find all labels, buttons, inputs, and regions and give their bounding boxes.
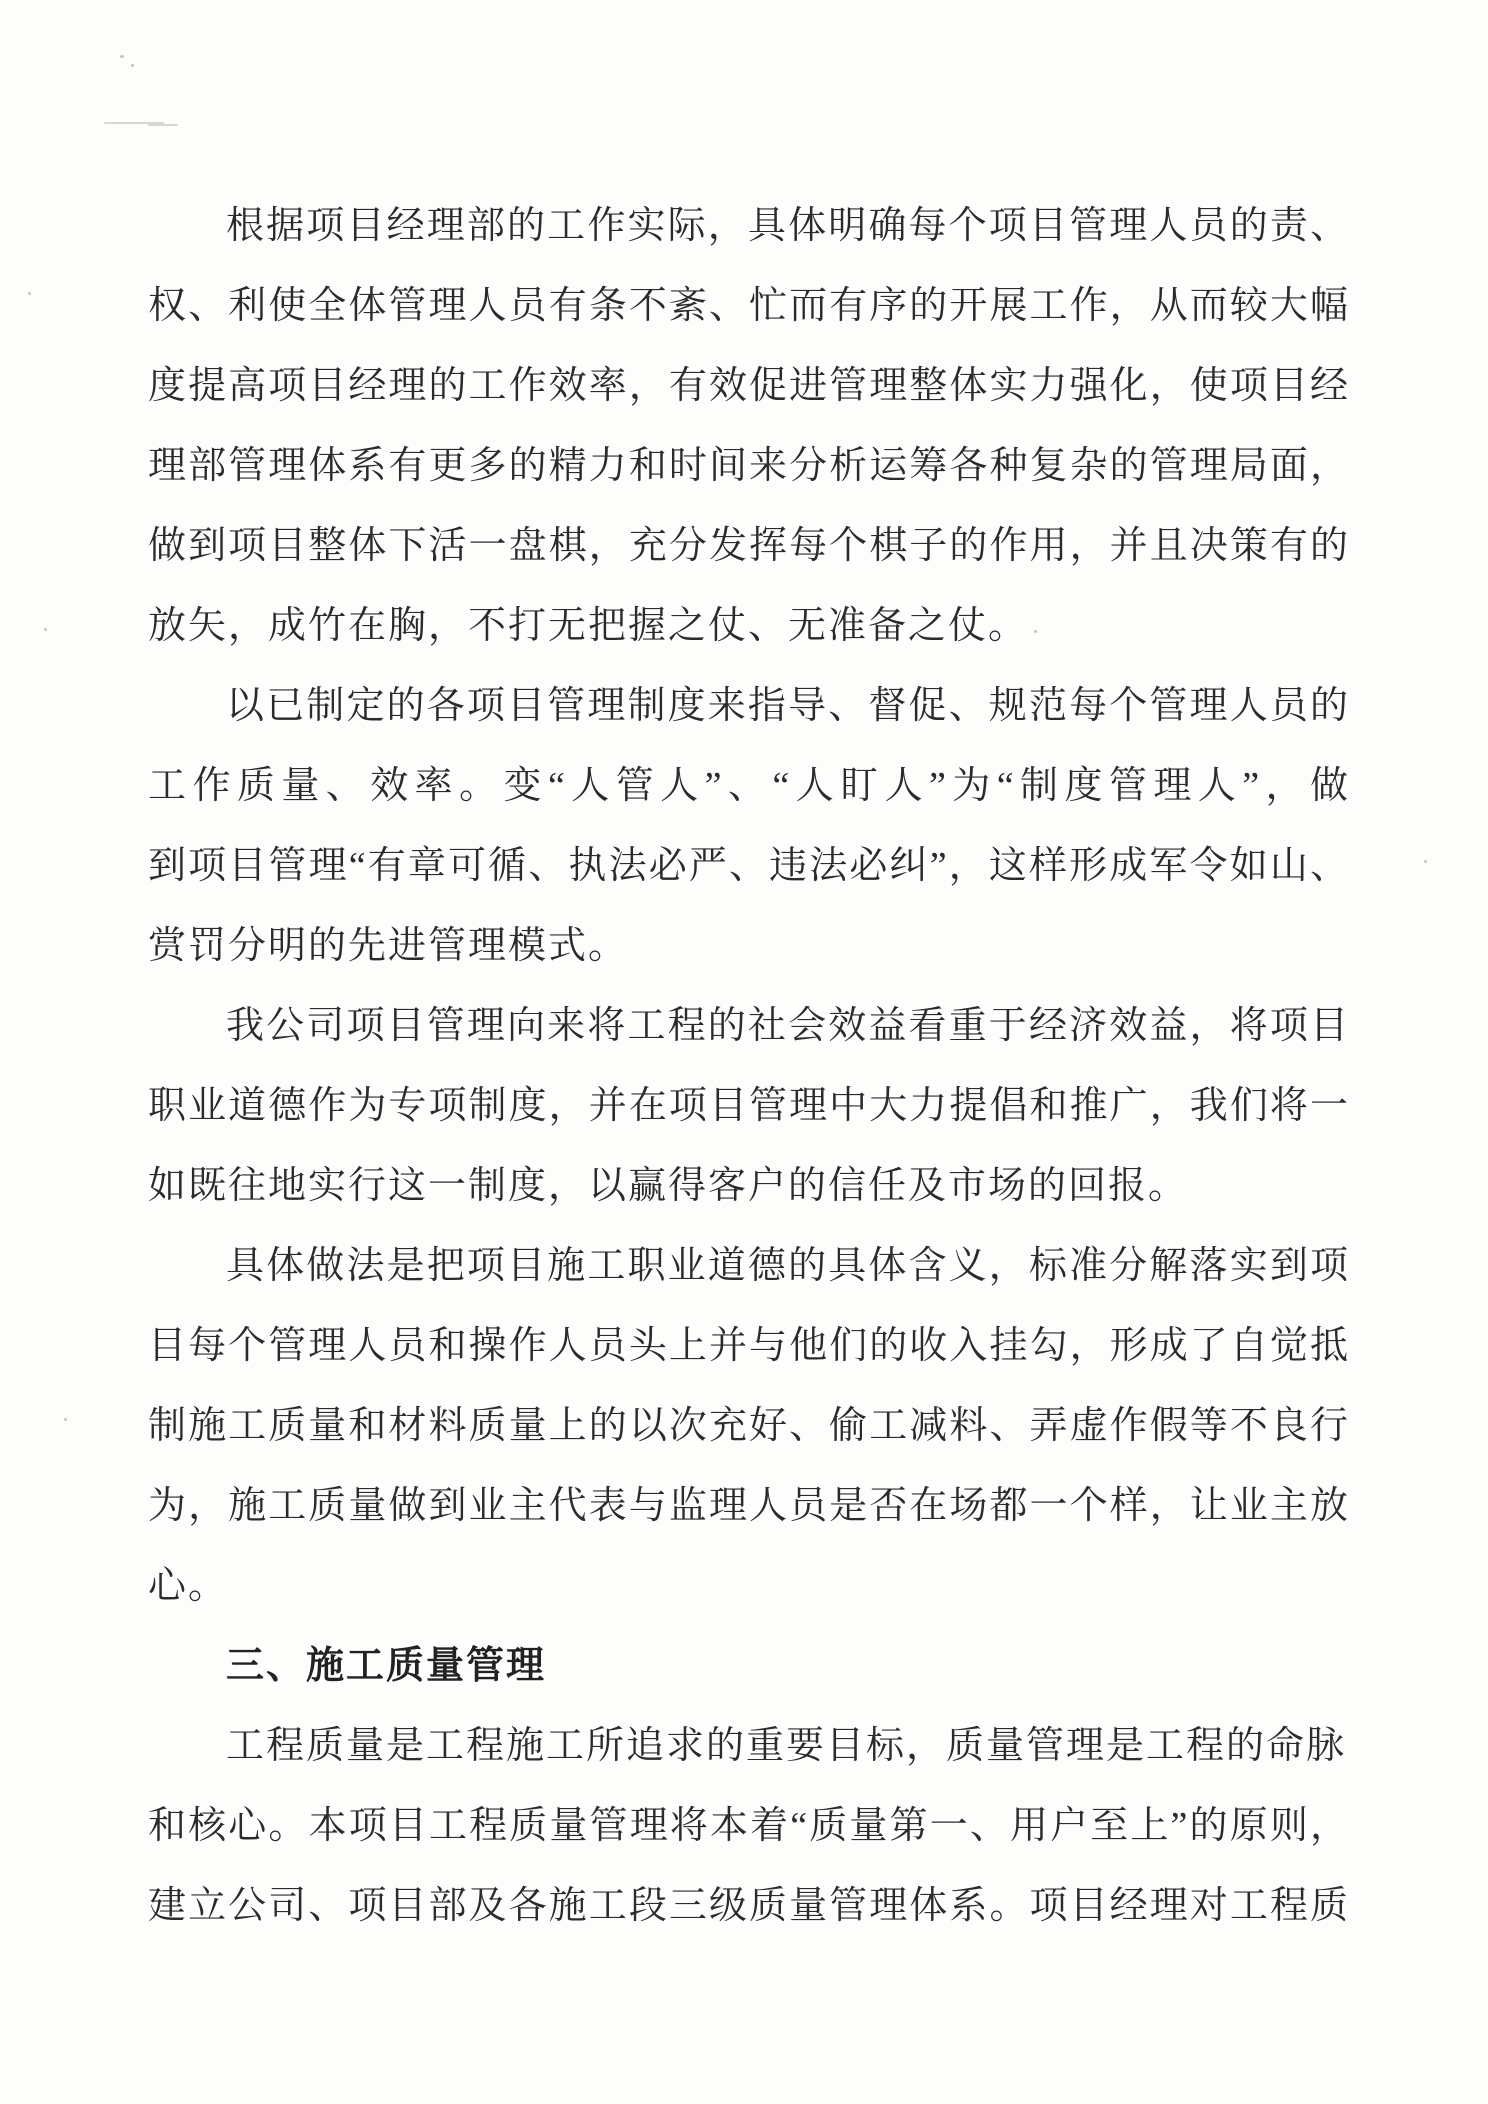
text-line: 我公司项目管理向来将工程的社会效益看重于经济效益，将项目 (148, 986, 1348, 1066)
text-line: 以已制定的各项目管理制度来指导、督促、规范每个管理人员的 (148, 666, 1348, 746)
scan-smudge (148, 124, 178, 126)
text-line: 放矢，成竹在胸，不打无把握之仗、无准备之仗。 (148, 586, 1348, 666)
text-line: 做到项目整体下活一盘棋，充分发挥每个棋子的作用，并且决策有的 (148, 506, 1348, 586)
scan-speck (120, 55, 124, 58)
text-line: 心。 (148, 1546, 1348, 1626)
text-line: 度提高项目经理的工作效率，有效促进管理整体实力强化，使项目经 (148, 346, 1348, 426)
text-line: 为，施工质量做到业主代表与监理人员是否在场都一个样，让业主放 (148, 1466, 1348, 1546)
text-line: 到项目管理“有章可循、执法必严、违法必纠”，这样形成军令如山、 (148, 826, 1348, 906)
document-body: 根据项目经理部的工作实际，具体明确每个项目管理人员的责、 权、利使全体管理人员有… (148, 186, 1348, 1946)
scan-speck (28, 292, 31, 295)
text-line: 理部管理体系有更多的精力和时间来分析运筹各种复杂的管理局面， (148, 426, 1348, 506)
scan-speck (64, 1418, 67, 1421)
text-line: 建立公司、项目部及各施工段三级质量管理体系。项目经理对工程质 (148, 1866, 1348, 1946)
text-line: 和核心。本项目工程质量管理将本着“质量第一、用户至上”的原则， (148, 1786, 1348, 1866)
text-line: 赏罚分明的先进管理模式。 (148, 906, 1348, 986)
text-line: 具体做法是把项目施工职业道德的具体含义，标准分解落实到项 (148, 1226, 1348, 1306)
text-line: 目每个管理人员和操作人员头上并与他们的收入挂勾，形成了自觉抵 (148, 1306, 1348, 1386)
scanned-document-page: 根据项目经理部的工作实际，具体明确每个项目管理人员的责、 权、利使全体管理人员有… (0, 0, 1488, 2104)
text-line: 职业道德作为专项制度，并在项目管理中大力提倡和推广，我们将一 (148, 1066, 1348, 1146)
section-heading: 三、施工质量管理 (148, 1626, 1348, 1706)
text-line: 制施工质量和材料质量上的以次充好、偷工减料、弄虚作假等不良行 (148, 1386, 1348, 1466)
scan-speck (1424, 860, 1427, 863)
text-line: 权、利使全体管理人员有条不紊、忙而有序的开展工作，从而较大幅 (148, 266, 1348, 346)
text-line: 工程质量是工程施工所追求的重要目标，质量管理是工程的命脉 (148, 1706, 1348, 1786)
text-line: 如既往地实行这一制度，以赢得客户的信任及市场的回报。 (148, 1146, 1348, 1226)
text-line: 工作质量、效率。变“人管人”、“人盯人”为“制度管理人”，做 (148, 746, 1348, 826)
scan-speck (131, 64, 134, 67)
scan-speck (44, 628, 47, 631)
text-line: 根据项目经理部的工作实际，具体明确每个项目管理人员的责、 (148, 186, 1348, 266)
